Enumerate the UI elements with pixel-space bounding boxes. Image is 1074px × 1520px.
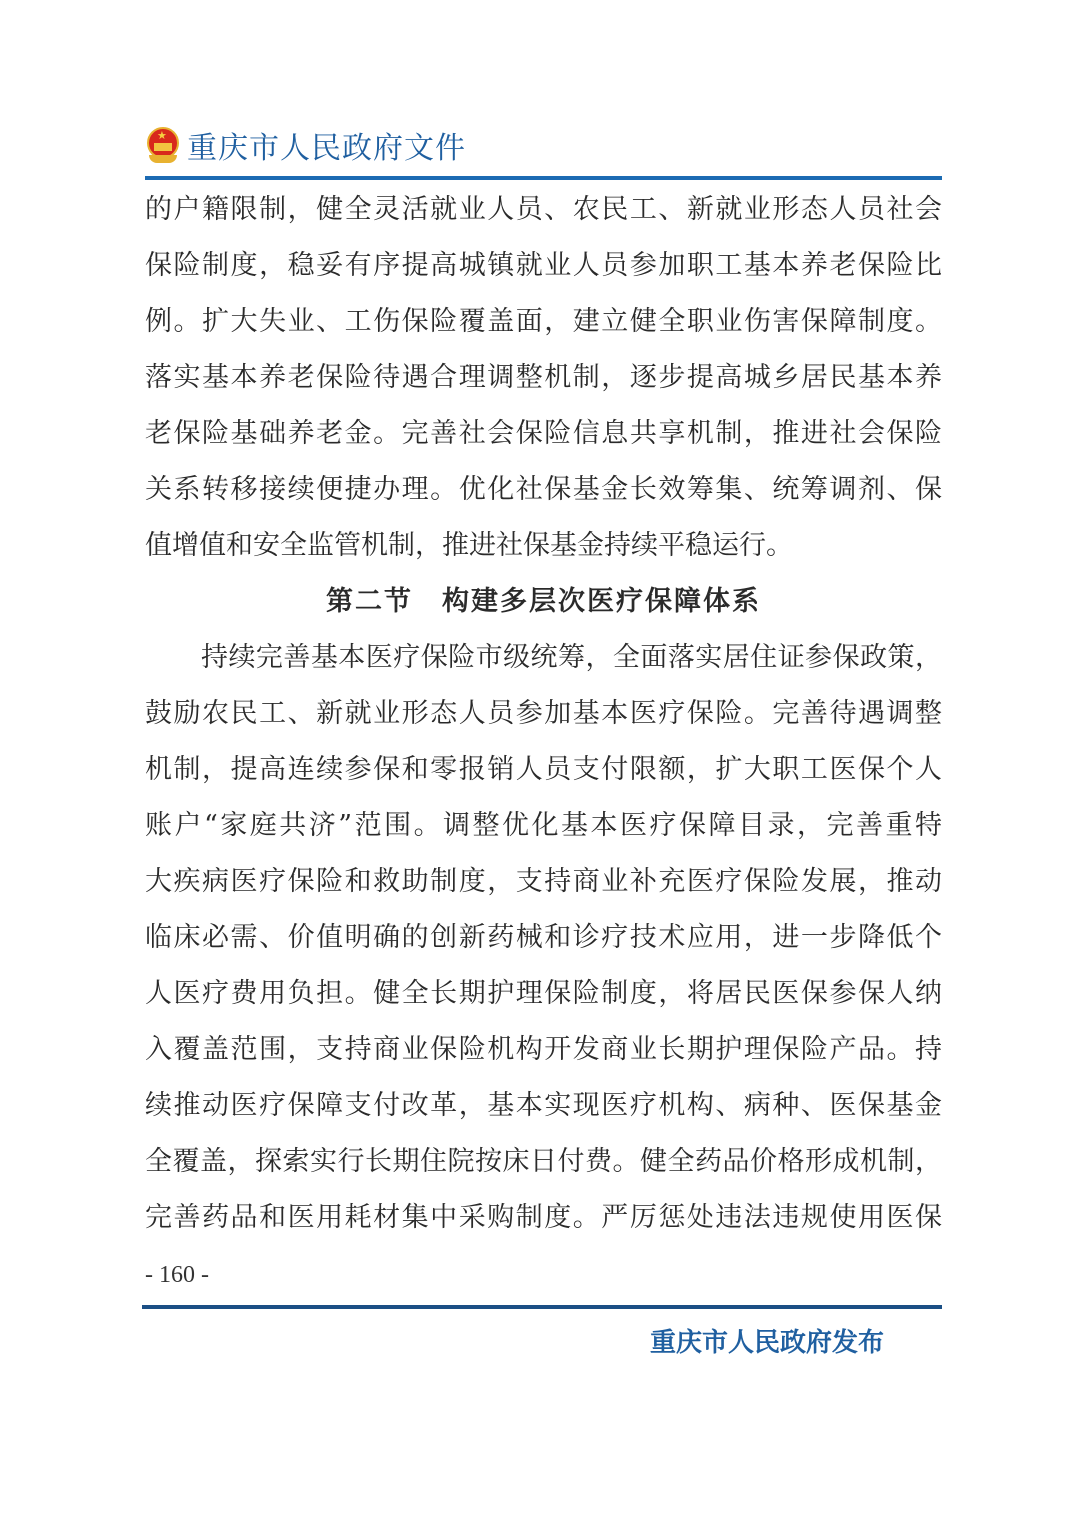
document-header: ★ 重庆市人民政府文件 — [145, 120, 466, 170]
text-line: 人医疗费用负担。健全长期护理保险制度，将居民医保参保人纳 — [145, 966, 942, 1022]
text-line: 持续完善基本医疗保险市级统筹，全面落实居住证参保政策， — [145, 630, 942, 686]
text-line: 鼓励农民工、新就业形态人员参加基本医疗保险。完善待遇调整 — [145, 686, 942, 742]
header-title: 重庆市人民政府文件 — [187, 123, 466, 167]
document-body: 的户籍限制，健全灵活就业人员、农民工、新就业形态人员社会 保险制度，稳妥有序提高… — [145, 182, 942, 1246]
text-line: 老保险基础养老金。完善社会保险信息共享机制，推进社会保险 — [145, 406, 942, 462]
text-line: 续推动医疗保障支付改革，基本实现医疗机构、病种、医保基金 — [145, 1078, 942, 1134]
text-line: 保险制度，稳妥有序提高城镇就业人员参加职工基本养老保险比 — [145, 238, 942, 294]
text-line: 入覆盖范围，支持商业保险机构开发商业长期护理保险产品。持 — [145, 1022, 942, 1078]
text-line: 机制，提高连续参保和零报销人员支付限额，扩大职工医保个人 — [145, 742, 942, 798]
text-line: 关系转移接续便捷办理。优化社保基金长效筹集、统筹调剂、保 — [145, 462, 942, 518]
text-line: 临床必需、价值明确的创新药械和诊疗技术应用，进一步降低个 — [145, 910, 942, 966]
text-line: 全覆盖，探索实行长期住院按床日付费。健全药品价格形成机制， — [145, 1134, 942, 1190]
text-line: 大疾病医疗保险和救助制度，支持商业补充医疗保险发展，推动 — [145, 854, 942, 910]
page-number: - 160 - — [145, 1262, 209, 1289]
text-line: 的户籍限制，健全灵活就业人员、农民工、新就业形态人员社会 — [145, 182, 942, 238]
text-line: 值增值和安全监管机制，推进社保基金持续平稳运行。 — [145, 518, 942, 574]
text-line: 落实基本养老保险待遇合理调整机制，逐步提高城乡居民基本养 — [145, 350, 942, 406]
header-divider — [145, 176, 942, 180]
footer-publisher: 重庆市人民政府发布 — [650, 1322, 884, 1359]
text-line: 完善药品和医用耗材集中采购制度。严厉惩处违法违规使用医保 — [145, 1190, 942, 1246]
section-heading: 第二节 构建多层次医疗保障体系 — [145, 574, 942, 630]
text-line: 例。扩大失业、工伤保险覆盖面，建立健全职业伤害保障制度。 — [145, 294, 942, 350]
footer-divider — [142, 1305, 942, 1309]
national-emblem-icon: ★ — [145, 125, 181, 165]
text-line: 账户“家庭共济”范围。调整优化基本医疗保障目录，完善重特 — [145, 798, 942, 854]
